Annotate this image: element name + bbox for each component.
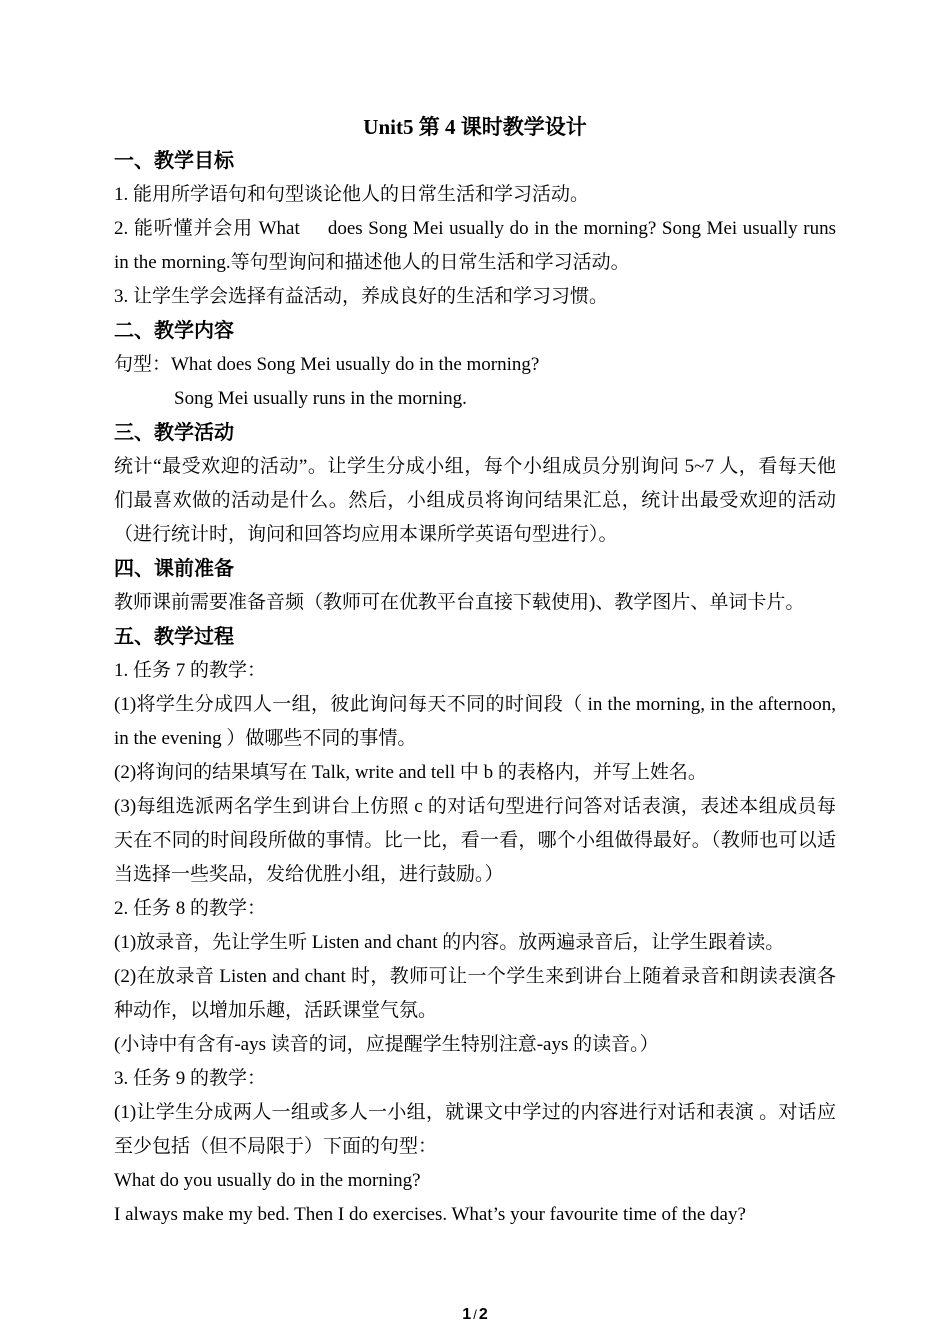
section-heading-4: 四、课前准备 (114, 552, 836, 586)
page-number-separator: / (471, 1307, 479, 1322)
document-title: Unit5 第 4 课时教学设计 (114, 110, 836, 144)
text-line: 当选择一些奖品，发给优胜小组，进行鼓励。） (114, 858, 836, 892)
text-line: 至少包括（但不局限于）下面的句型： (114, 1130, 836, 1164)
page-number-total: 2 (479, 1306, 488, 1323)
section-heading-5: 五、教学过程 (114, 620, 836, 654)
text-line: 2. 任务 8 的教学： (114, 892, 836, 926)
text-line: （进行统计时，询问和回答均应用本课所学英语句型进行）。 (114, 518, 836, 552)
text-line: (3)每组选派两名学生到讲台上仿照 c 的对话句型进行问答对话表演，表述本组成员… (114, 790, 836, 824)
text-line: (1)将学生分成四人一组，彼此询问每天不同的时间段（ in the mornin… (114, 688, 836, 722)
text-line: (小诗中有含有-ays 读音的词，应提醒学生特别注意-ays 的读音。） (114, 1028, 836, 1062)
text-line: Song Mei usually runs in the morning. (114, 382, 836, 416)
text-line: 们最喜欢做的活动是什么。然后，小组成员将询问结果汇总，统计出最受欢迎的活动 (114, 484, 836, 518)
page-number: 1/2 (0, 1305, 950, 1324)
text-line: I always make my bed. Then I do exercise… (114, 1198, 836, 1232)
text-line: 1. 任务 7 的教学： (114, 654, 836, 688)
text-line: 句型：What does Song Mei usually do in the … (114, 348, 836, 382)
text-line: What do you usually do in the morning? (114, 1164, 836, 1198)
page-number-current: 1 (462, 1306, 471, 1323)
text-line: (2)将询问的结果填写在 Talk, write and tell 中 b 的表… (114, 756, 836, 790)
text-line: 天在不同的时间段所做的事情。比一比，看一看，哪个小组做得最好。（教师也可以适 (114, 824, 836, 858)
section-heading-1: 一、教学目标 (114, 144, 836, 178)
text-line: (1)放录音，先让学生听 Listen and chant 的内容。放两遍录音后… (114, 926, 836, 960)
text-line: in the evening ）做哪些不同的事情。 (114, 722, 836, 756)
section-heading-3: 三、教学活动 (114, 416, 836, 450)
text-line: (2)在放录音 Listen and chant 时，教师可让一个学生来到讲台上… (114, 960, 836, 994)
text-line: 3. 任务 9 的教学： (114, 1062, 836, 1096)
text-line: (1)让学生分成两人一组或多人一小组，就课文中学过的内容进行对话和表演 。对话应 (114, 1096, 836, 1130)
text-line: 统计“最受欢迎的活动”。让学生分成小组，每个小组成员分别询问 5~7 人，看每天… (114, 450, 836, 484)
text-line: 3. 让学生学会选择有益活动，养成良好的生活和学习习惯。 (114, 280, 836, 314)
text-line: 种动作，以增加乐趣，活跃课堂气氛。 (114, 994, 836, 1028)
text-line: in the morning.等句型询问和描述他人的日常生活和学习活动。 (114, 246, 836, 280)
document-page: Unit5 第 4 课时教学设计 一、教学目标 1. 能用所学语句和句型谈论他人… (0, 0, 950, 1344)
text-line: 1. 能用所学语句和句型谈论他人的日常生活和学习活动。 (114, 178, 836, 212)
text-line: 教师课前需要准备音频（教师可在优教平台直接下载使用)、教学图片、单词卡片。 (114, 586, 836, 620)
section-heading-2: 二、教学内容 (114, 314, 836, 348)
text-line: 2. 能听懂并会用 What does Song Mei usually do … (114, 212, 836, 246)
